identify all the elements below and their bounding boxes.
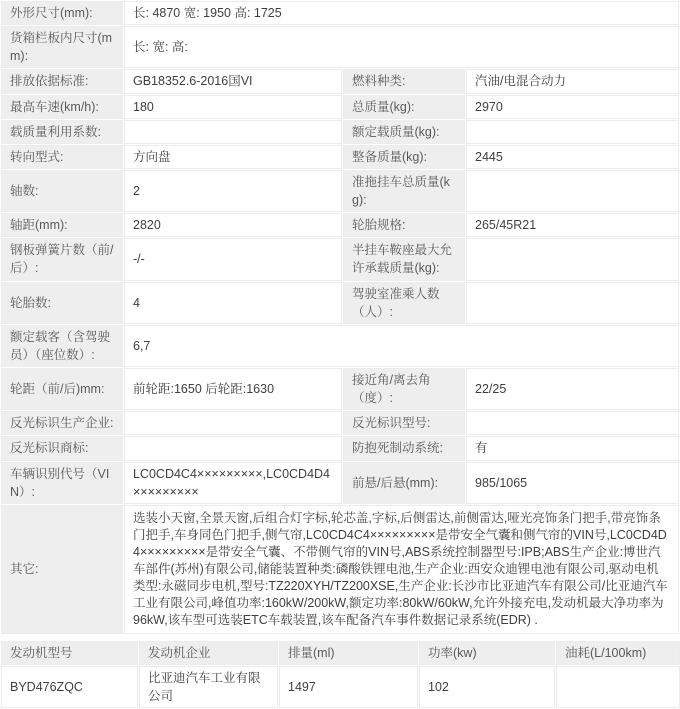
spec-value-cell: GB18352.6-2016国VI: [124, 69, 342, 93]
spec-row: 货箱栏板内尺寸(mm):长: 宽: 高:: [1, 26, 679, 68]
spec-label-cell: 前悬/后悬(mm):: [343, 462, 465, 504]
spec-value-cell: 180: [124, 95, 342, 119]
spec-label-cell: 最高车速(km/h):: [1, 95, 123, 119]
spec-value-cell: 方向盘: [124, 145, 342, 169]
spec-label-cell: 接近角/离去角（度）:: [343, 368, 465, 410]
spec-value-cell: 4: [124, 282, 342, 324]
spec-value-cell: [466, 411, 679, 435]
spec-label-cell: 轴距(mm):: [1, 213, 123, 237]
engine-header-cell: 油耗(L/100km): [556, 641, 680, 665]
spec-table-body: 外形尺寸(mm):长: 4870 宽: 1950 高: 1725货箱栏板内尺寸(…: [1, 1, 679, 634]
spec-row: 钢板弹簧片数（前/后）:-/-半挂车鞍座最大允许承载质量(kg):: [1, 238, 679, 280]
engine-value-cell: 比亚迪汽车工业有限公司: [139, 666, 278, 708]
spec-value-cell: 2: [124, 170, 342, 212]
spec-value-cell: 2970: [466, 95, 679, 119]
spec-label-cell: 半挂车鞍座最大允许承载质量(kg):: [343, 238, 465, 280]
spec-value-cell: 汽油/电混合动力: [466, 69, 679, 93]
spec-label-cell: 轮距（前/后)mm:: [1, 368, 123, 410]
spec-table: 外形尺寸(mm):长: 4870 宽: 1950 高: 1725货箱栏板内尺寸(…: [0, 0, 680, 635]
spec-label-cell: 载质量利用系数:: [1, 120, 123, 144]
spec-row: 轮胎数:4驾驶室准乘人数（人）:: [1, 282, 679, 324]
engine-value-cell: BYD476ZQC: [1, 666, 138, 708]
engine-header-cell: 发动机企业: [139, 641, 278, 665]
spec-row: 轮距（前/后)mm:前轮距:1650 后轮距:1630接近角/离去角（度）:22…: [1, 368, 679, 410]
spec-value-cell: [124, 436, 342, 460]
spec-label-cell: 其它:: [1, 505, 123, 634]
spec-label-cell: 车辆识别代号（VIN）:: [1, 462, 123, 504]
spec-value-cell: [466, 282, 679, 324]
spec-value-cell: 有: [466, 436, 679, 460]
spec-label-cell: 轮胎规格:: [343, 213, 465, 237]
spec-row: 轴距(mm):2820轮胎规格:265/45R21: [1, 213, 679, 237]
spec-label-cell: 燃料种类:: [343, 69, 465, 93]
spec-row: 车辆识别代号（VIN）:LC0CD4C4×××××××××,LC0CD4D4××…: [1, 462, 679, 504]
engine-header-cell: 功率(kw): [419, 641, 555, 665]
spec-row: 轴数:2准拖挂车总质量(kg):: [1, 170, 679, 212]
spec-label-cell: 总质量(kg):: [343, 95, 465, 119]
spec-label-cell: 驾驶室准乘人数（人）:: [343, 282, 465, 324]
spec-label-cell: 整备质量(kg):: [343, 145, 465, 169]
spec-row: 其它:选装小天窗,全景天窗,后组合灯字标,轮芯盖,字标,后侧雷达,前侧雷达,哑光…: [1, 505, 679, 634]
spec-value-cell: [466, 120, 679, 144]
spec-value-cell: 前轮距:1650 后轮距:1630: [124, 368, 342, 410]
spec-label-cell: 钢板弹簧片数（前/后）:: [1, 238, 123, 280]
spec-label-cell: 转向型式:: [1, 145, 123, 169]
engine-table: 发动机型号发动机企业排量(ml)功率(kw)油耗(L/100km)BYD476Z…: [0, 640, 680, 709]
engine-header-row: 发动机型号发动机企业排量(ml)功率(kw)油耗(L/100km): [1, 641, 680, 665]
spec-value-cell: [466, 238, 679, 280]
spec-row: 最高车速(km/h):180总质量(kg):2970: [1, 95, 679, 119]
spec-row: 反光标识商标:防抱死制动系统:有: [1, 436, 679, 460]
spec-value-cell: 2820: [124, 213, 342, 237]
spec-value-cell: 长: 宽: 高:: [124, 26, 679, 68]
spec-value-cell: [466, 170, 679, 212]
spec-label-cell: 货箱栏板内尺寸(mm):: [1, 26, 123, 68]
engine-header-cell: 排量(ml): [279, 641, 418, 665]
spec-label-cell: 轴数:: [1, 170, 123, 212]
spec-label-cell: 反光标识型号:: [343, 411, 465, 435]
spec-label-cell: 准拖挂车总质量(kg):: [343, 170, 465, 212]
spec-value-cell: LC0CD4C4×××××××××,LC0CD4D4×××××××××: [124, 462, 342, 504]
engine-value-cell: 1497: [279, 666, 418, 708]
engine-table-body: 发动机型号发动机企业排量(ml)功率(kw)油耗(L/100km)BYD476Z…: [1, 641, 680, 708]
spec-row: 反光标识生产企业:反光标识型号:: [1, 411, 679, 435]
engine-value-cell: [556, 666, 680, 708]
spec-label-cell: 防抱死制动系统:: [343, 436, 465, 460]
engine-value-cell: 102: [419, 666, 555, 708]
spec-label-cell: 排放依据标准:: [1, 69, 123, 93]
spec-value-cell: 6,7: [124, 325, 679, 367]
spec-value-cell: 22/25: [466, 368, 679, 410]
spec-label-cell: 轮胎数:: [1, 282, 123, 324]
spec-label-cell: 额定载客（含驾驶员）（座位数）:: [1, 325, 123, 367]
spec-label-cell: 反光标识生产企业:: [1, 411, 123, 435]
spec-value-cell: 2445: [466, 145, 679, 169]
spec-row: 载质量利用系数:额定载质量(kg):: [1, 120, 679, 144]
engine-header-cell: 发动机型号: [1, 641, 138, 665]
spec-label-cell: 外形尺寸(mm):: [1, 1, 123, 25]
spec-value-cell: 长: 4870 宽: 1950 高: 1725: [124, 1, 679, 25]
spec-label-cell: 反光标识商标:: [1, 436, 123, 460]
spec-row: 额定载客（含驾驶员）（座位数）:6,7: [1, 325, 679, 367]
spec-label-cell: 额定载质量(kg):: [343, 120, 465, 144]
spec-value-cell: -/-: [124, 238, 342, 280]
spec-row: 外形尺寸(mm):长: 4870 宽: 1950 高: 1725: [1, 1, 679, 25]
spec-value-cell: [124, 411, 342, 435]
spec-value-cell: 选装小天窗,全景天窗,后组合灯字标,轮芯盖,字标,后侧雷达,前侧雷达,哑光亮饰条…: [124, 505, 679, 634]
spec-row: 转向型式:方向盘整备质量(kg):2445: [1, 145, 679, 169]
spec-value-cell: 985/1065: [466, 462, 679, 504]
spec-value-cell: [124, 120, 342, 144]
engine-row: BYD476ZQC比亚迪汽车工业有限公司1497102: [1, 666, 680, 708]
spec-row: 排放依据标准:GB18352.6-2016国VI燃料种类:汽油/电混合动力: [1, 69, 679, 93]
spec-value-cell: 265/45R21: [466, 213, 679, 237]
